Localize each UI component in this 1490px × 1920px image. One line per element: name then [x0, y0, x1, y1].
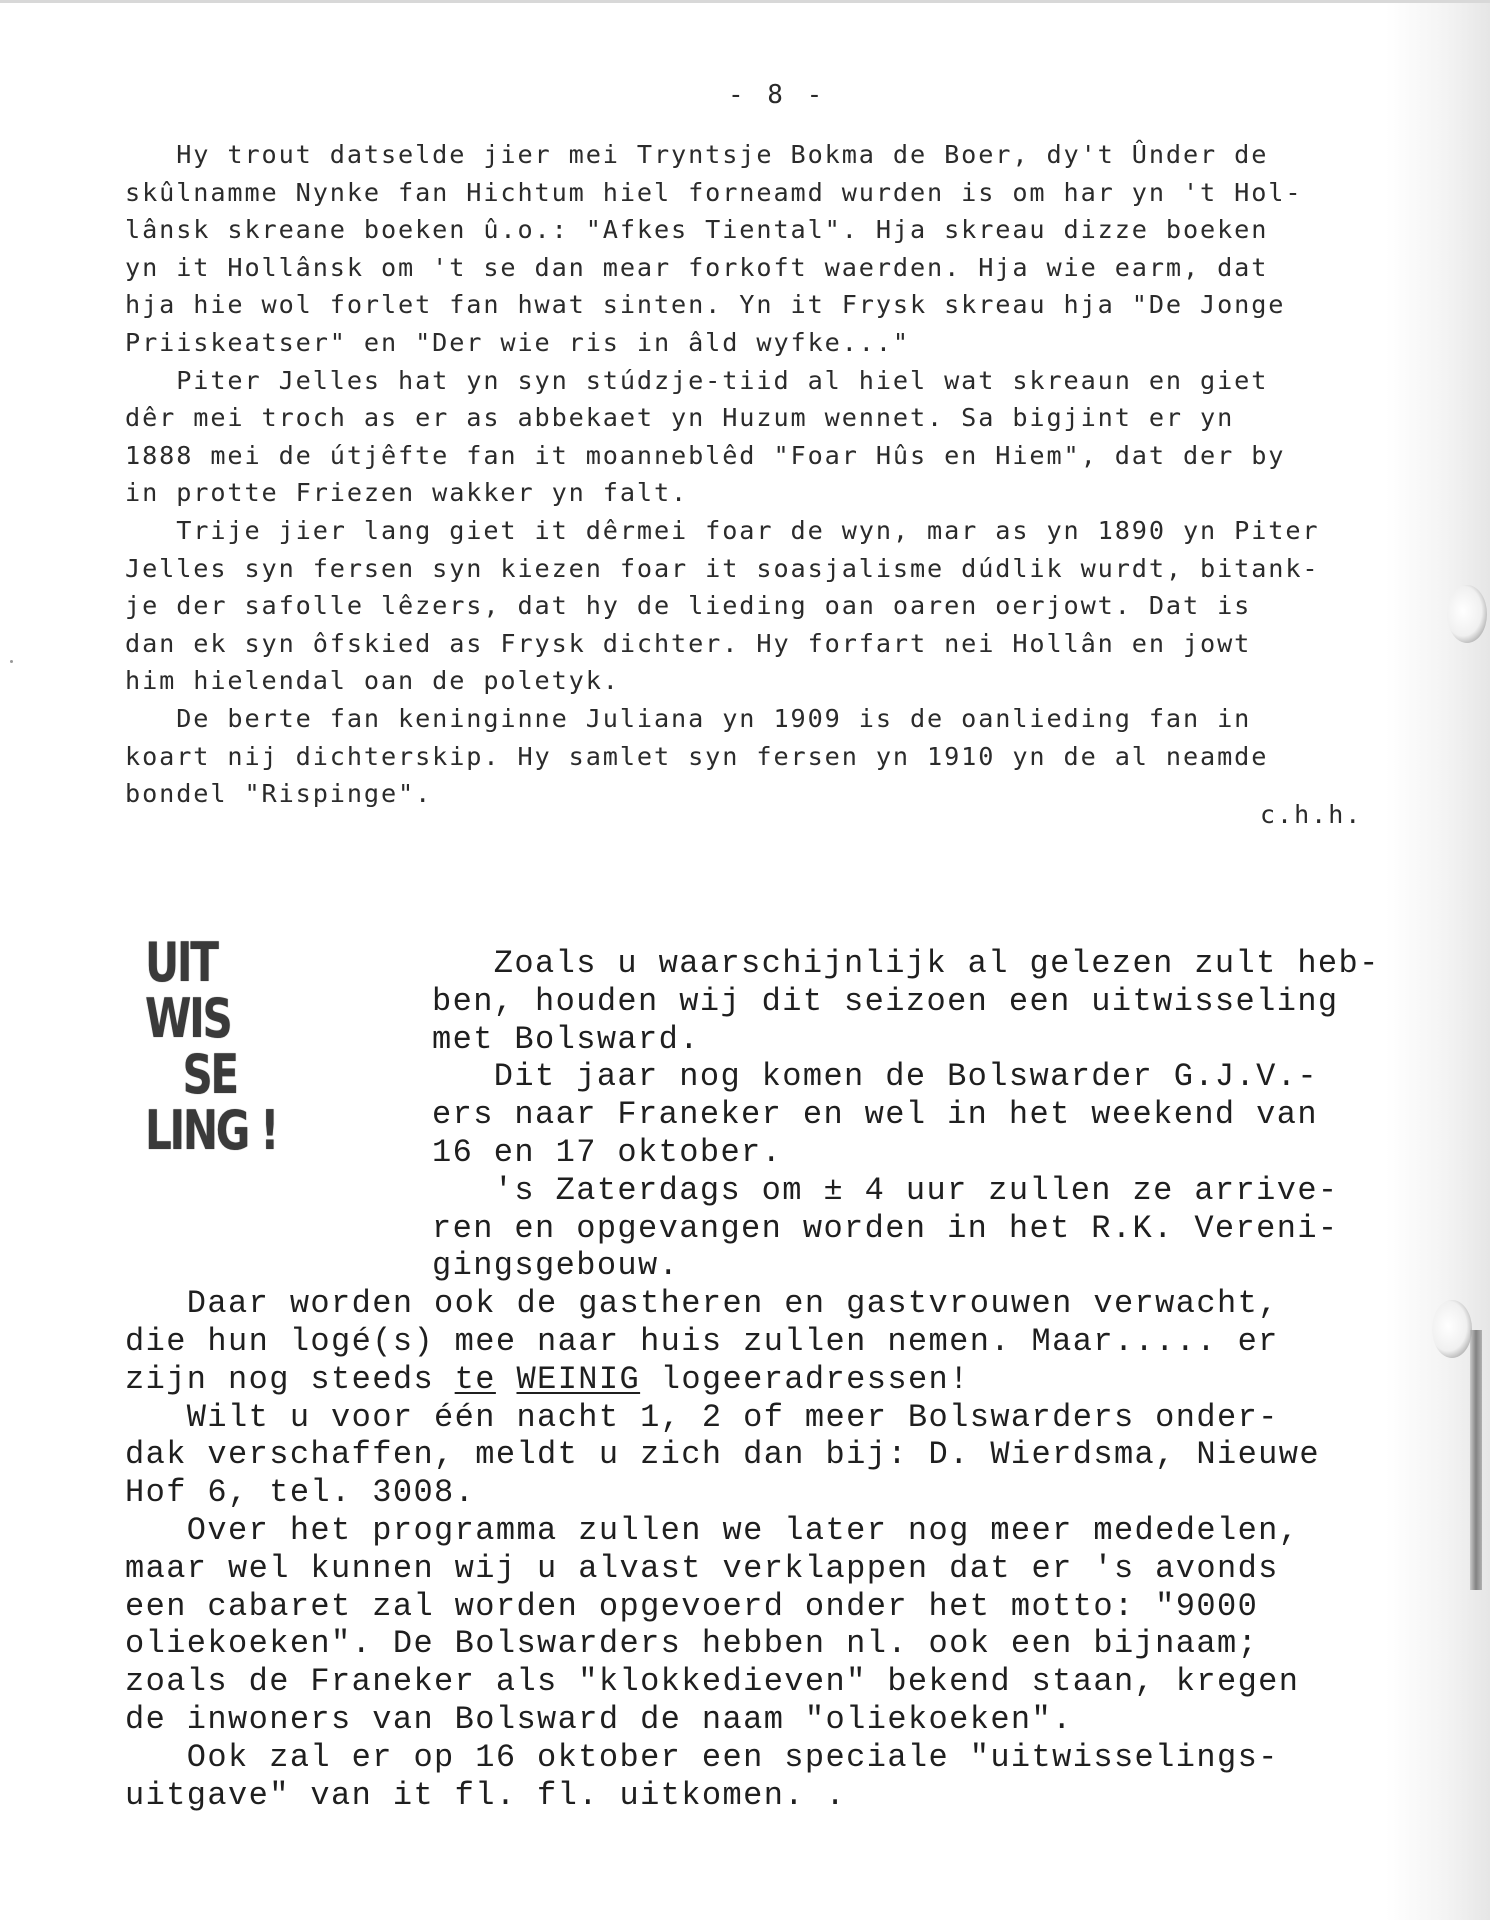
author-signature: c.h.h. — [1260, 800, 1362, 829]
text-segment: Hof 6, tel. 3008. — [125, 1474, 475, 1511]
text-segment: een cabaret zal worden opgevoerd onder h… — [125, 1588, 1258, 1625]
article-line: maar wel kunnen wij u alvast verklappen … — [125, 1550, 1279, 1587]
article-line: skûlnamme Nynke fan Hichtum hiel forneam… — [125, 178, 1302, 207]
article-line: met Bolsward. — [432, 1021, 700, 1058]
text-segment: zijn nog steeds — [125, 1361, 455, 1398]
article-line: hja hie wol forlet fan hwat sinten. Yn i… — [125, 290, 1285, 319]
article-line: Trije jier lang giet it dêrmei foar de w… — [125, 516, 1320, 545]
article-line: dak verschaffen, meldt u zich dan bij: D… — [125, 1436, 1320, 1473]
article-line: Hy trout datselde jier mei Tryntsje Bokm… — [125, 140, 1268, 169]
article-line: ers naar Franeker en wel in het weekend … — [432, 1096, 1318, 1133]
page-top-edge — [0, 0, 1490, 3]
article-line: him hielendal oan de poletyk. — [125, 666, 620, 695]
text-segment: oliekoeken". De Bolswarders hebben nl. o… — [125, 1625, 1258, 1662]
article-line: Daar worden ook de gastheren en gastvrou… — [125, 1285, 1279, 1322]
text-segment: zoals de Franeker als "klokkedieven" bek… — [125, 1663, 1299, 1700]
text-segment: Wilt u voor één nacht 1, 2 of meer Bolsw… — [125, 1399, 1279, 1436]
article-line: lânsk skreane boeken û.o.: "Afkes Tienta… — [125, 215, 1268, 244]
article-line: Zoals u waarschijnlijk al gelezen zult h… — [432, 945, 1380, 982]
underlined-emphasis: te — [455, 1361, 496, 1398]
logo-line: WIS — [145, 991, 270, 1047]
article-line: zoals de Franeker als "klokkedieven" bek… — [125, 1663, 1299, 1700]
article-line: Jelles syn fersen syn kiezen foar it soa… — [125, 554, 1320, 583]
article-line: bondel "Rispinge". — [125, 779, 432, 808]
text-segment: logeeradressen! — [640, 1361, 970, 1398]
text-segment: Over het programma zullen we later nog m… — [125, 1512, 1299, 1549]
scanned-page: - 8 - Hy trout datselde jier mei Tryntsj… — [0, 0, 1490, 1920]
article-line: gingsgebouw. — [432, 1247, 679, 1284]
text-segment: Ook zal er op 16 oktober een speciale "u… — [125, 1739, 1279, 1776]
article-line: oliekoeken". De Bolswarders hebben nl. o… — [125, 1625, 1258, 1662]
article-line: in protte Friezen wakker yn falt. — [125, 478, 688, 507]
article-line: dan ek syn ôfskied as Frysk dichter. Hy … — [125, 629, 1251, 658]
article-line: Over het programma zullen we later nog m… — [125, 1512, 1299, 1549]
article-line: ben, houden wij dit seizoen een uitwisse… — [432, 983, 1339, 1020]
text-segment: uitgave" van it fl. fl. uitkomen. . — [125, 1777, 846, 1814]
article-line: je der safolle lêzers, dat hy de lieding… — [125, 591, 1251, 620]
article-line: yn it Hollânsk om 't se dan mear forkoft… — [125, 253, 1268, 282]
logo-line: LING ! — [145, 1103, 270, 1159]
article-line: Wilt u voor één nacht 1, 2 of meer Bolsw… — [125, 1399, 1279, 1436]
binder-hole-icon — [1432, 1300, 1472, 1358]
page-number: - 8 - — [728, 80, 826, 110]
article-line: 16 en 17 oktober. — [432, 1134, 782, 1171]
article-line: dêr mei troch as er as abbekaet yn Huzum… — [125, 403, 1234, 432]
article-line: een cabaret zal worden opgevoerd onder h… — [125, 1588, 1258, 1625]
article-line: 1888 mei de útjêfte fan it moanneblêd "F… — [125, 441, 1285, 470]
article-line: Ook zal er op 16 oktober een speciale "u… — [125, 1739, 1279, 1776]
article-line: koart nij dichterskip. Hy samlet syn fer… — [125, 742, 1268, 771]
article-line: Dit jaar nog komen de Bolswarder G.J.V.- — [432, 1058, 1318, 1095]
article-line: Hof 6, tel. 3008. — [125, 1474, 475, 1511]
logo-line: SE — [145, 1047, 270, 1103]
binder-hole-icon — [1447, 585, 1487, 643]
logo-line: UIT — [145, 935, 270, 991]
article-line: Priiskeatser" en "Der wie ris in âld wyf… — [125, 328, 910, 357]
uitwisseling-logo: UIT WIS SE LING ! — [145, 935, 270, 1159]
article-line: 's Zaterdags om ± 4 uur zullen ze arrive… — [432, 1172, 1339, 1209]
page-shadow — [1470, 1330, 1482, 1590]
underlined-emphasis: WEINIG — [516, 1361, 640, 1398]
text-segment: Daar worden ook de gastheren en gastvrou… — [125, 1285, 1279, 1322]
scan-speck — [10, 660, 13, 663]
text-segment: die hun logé(s) mee naar huis zullen nem… — [125, 1323, 1279, 1360]
article-line: ren en opgevangen worden in het R.K. Ver… — [432, 1210, 1339, 1247]
article-line: die hun logé(s) mee naar huis zullen nem… — [125, 1323, 1279, 1360]
article-line: Piter Jelles hat yn syn stúdzje-tiid al … — [125, 366, 1268, 395]
text-segment: dak verschaffen, meldt u zich dan bij: D… — [125, 1436, 1320, 1473]
article-line: De berte fan keninginne Juliana yn 1909 … — [125, 704, 1251, 733]
article-line: uitgave" van it fl. fl. uitkomen. . — [125, 1777, 846, 1814]
text-segment: maar wel kunnen wij u alvast verklappen … — [125, 1550, 1279, 1587]
text-segment: de inwoners van Bolsward de naam "olieko… — [125, 1701, 1073, 1738]
text-segment — [496, 1361, 517, 1398]
article-line: zijn nog steeds te WEINIG logeeradressen… — [125, 1361, 970, 1398]
article-line: de inwoners van Bolsward de naam "olieko… — [125, 1701, 1073, 1738]
